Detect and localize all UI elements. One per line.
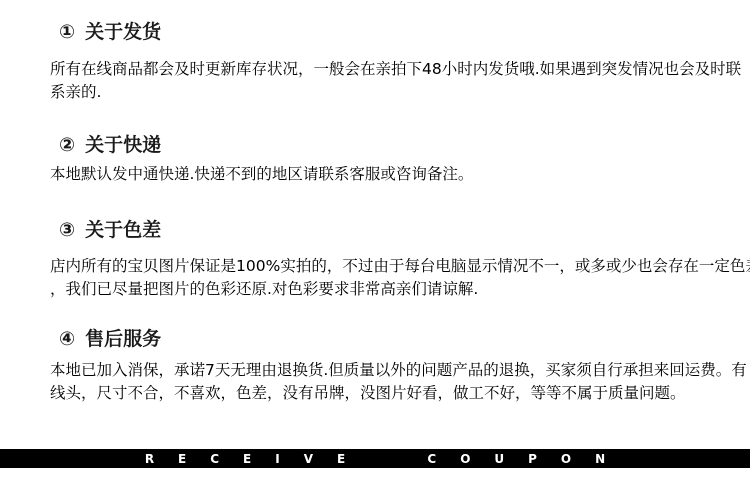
section-body-shipping: 所有在线商品都会及时更新库存状况，一般会在亲拍下48小时内发货哦.如果遇到突发情… bbox=[50, 58, 741, 104]
paragraph-line: 系亲的. bbox=[50, 81, 741, 104]
section-heading-shipping: ①关于发货 bbox=[59, 17, 161, 44]
section-title: 关于色差 bbox=[85, 219, 161, 241]
section-title: 售后服务 bbox=[85, 328, 161, 350]
section-title: 关于快递 bbox=[85, 134, 161, 156]
circled-number-4: ④ bbox=[59, 328, 75, 350]
paragraph-line: 本地已加入消保，承诺7天无理由退换货.但质量以外的问题产品的退换，买家须自行承担… bbox=[50, 359, 747, 382]
paragraph-line: 本地默认发中通快递.快递不到的地区请联系客服或咨询备注。 bbox=[50, 163, 473, 186]
section-body-express: 本地默认发中通快递.快递不到的地区请联系客服或咨询备注。 bbox=[50, 163, 473, 186]
circled-number-1: ① bbox=[59, 21, 75, 43]
section-body-after-sales: 本地已加入消保，承诺7天无理由退换货.但质量以外的问题产品的退换，买家须自行承担… bbox=[50, 359, 747, 405]
section-body-color-difference: 店内所有的宝贝图片保证是100%实拍的，不过由于每台电脑显示情况不一，或多或少也… bbox=[50, 255, 750, 301]
paragraph-line: 店内所有的宝贝图片保证是100%实拍的，不过由于每台电脑显示情况不一，或多或少也… bbox=[50, 255, 750, 278]
receive-coupon-label: RECEIVE COUPON bbox=[145, 452, 629, 466]
section-heading-after-sales: ④售后服务 bbox=[59, 324, 161, 351]
receive-coupon-banner[interactable]: RECEIVE COUPON bbox=[0, 449, 750, 468]
circled-number-2: ② bbox=[59, 134, 75, 156]
store-notice-page: ①关于发货 所有在线商品都会及时更新库存状况，一般会在亲拍下48小时内发货哦.如… bbox=[0, 0, 750, 487]
circled-number-3: ③ bbox=[59, 219, 75, 241]
section-title: 关于发货 bbox=[85, 21, 161, 43]
section-heading-express: ②关于快递 bbox=[59, 130, 161, 157]
section-heading-color-difference: ③关于色差 bbox=[59, 215, 161, 242]
paragraph-line: ，我们已尽量把图片的色彩还原.对色彩要求非常高亲们请谅解. bbox=[50, 278, 750, 301]
paragraph-line: 所有在线商品都会及时更新库存状况，一般会在亲拍下48小时内发货哦.如果遇到突发情… bbox=[50, 58, 741, 81]
paragraph-line: 线头，尺寸不合，不喜欢，色差，没有吊牌，没图片好看，做工不好，等等不属于质量问题… bbox=[50, 382, 747, 405]
